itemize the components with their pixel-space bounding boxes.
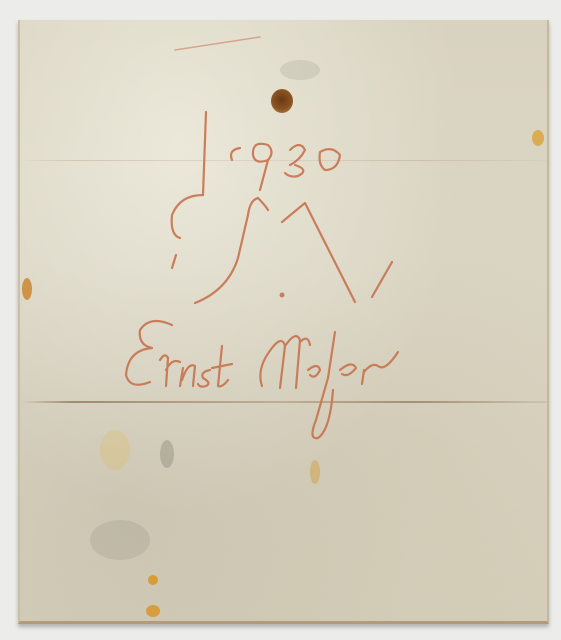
red-chalk-inscription — [0, 0, 561, 640]
